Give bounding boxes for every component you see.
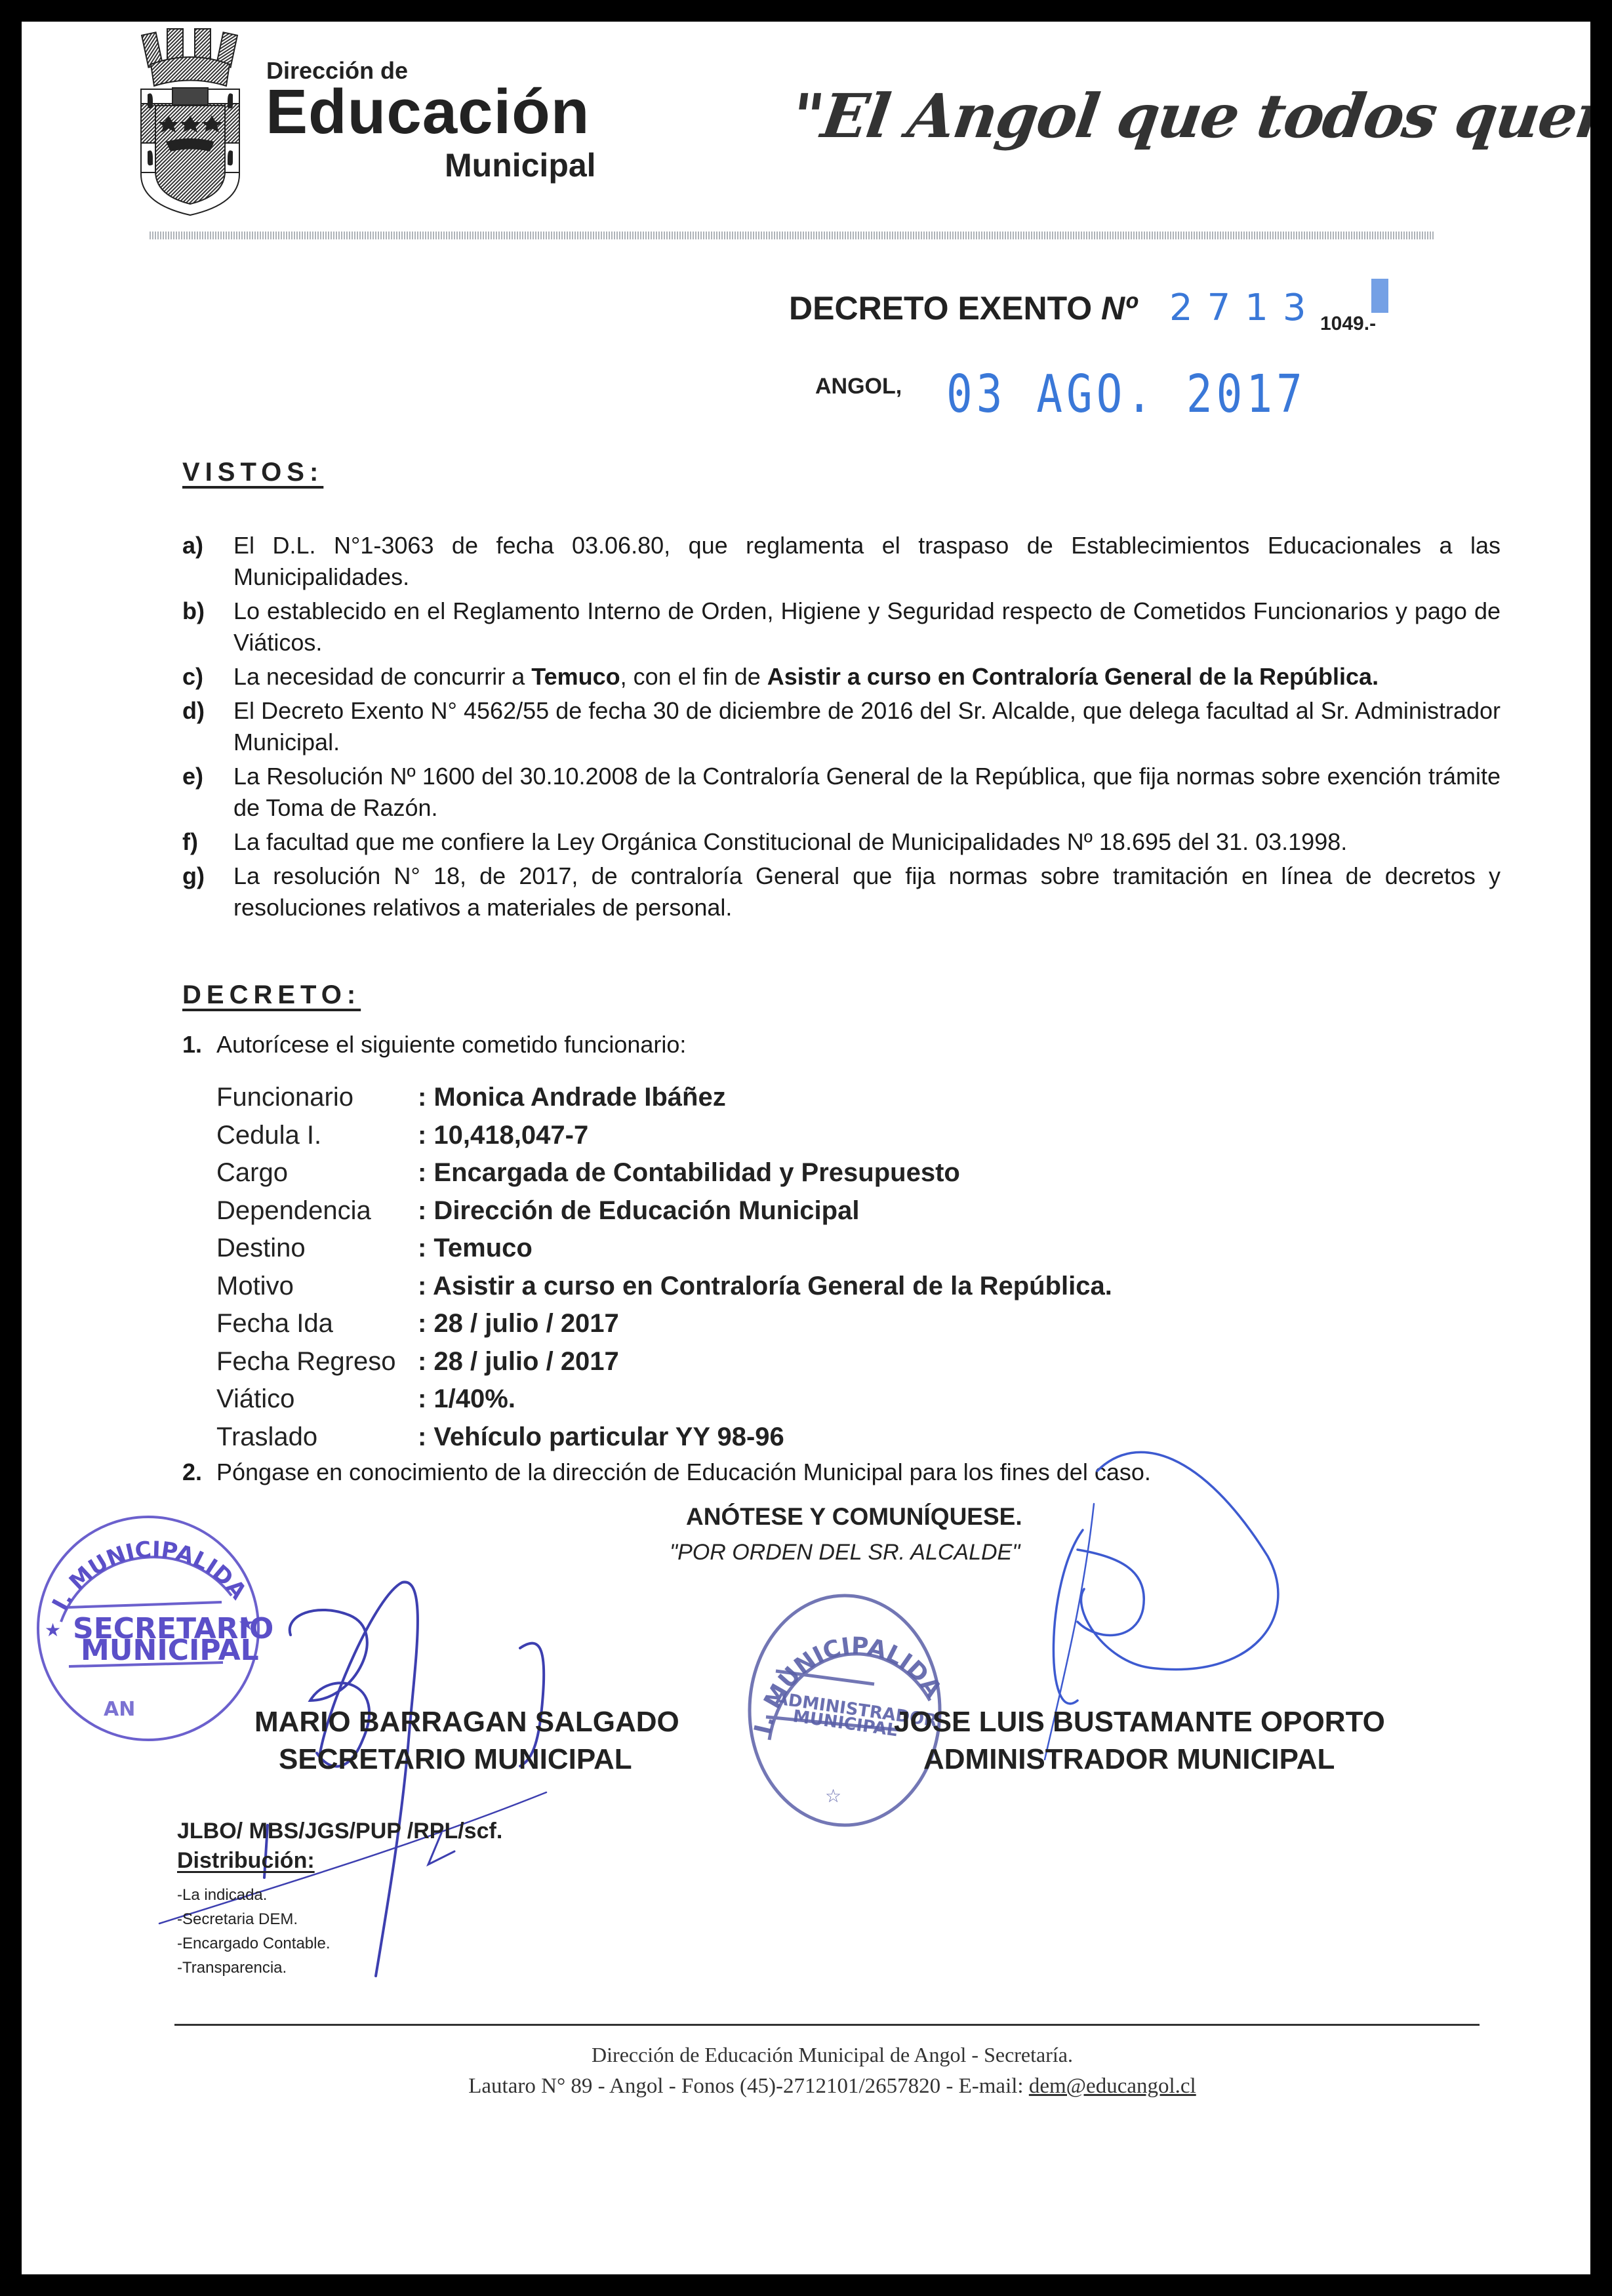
item-text: Autorícese el siguiente cometido funcion… — [216, 1029, 686, 1060]
field-label: Cargo — [216, 1154, 418, 1192]
svg-text:★: ★ — [238, 1613, 254, 1634]
field-value: : 10,418,047-7 — [418, 1117, 588, 1155]
decree-number-stamp: 2713 — [1169, 287, 1321, 329]
item-text: La Resolución Nº 1600 del 30.10.2008 de … — [233, 761, 1501, 824]
field-label: Funcionario — [216, 1079, 418, 1117]
field-value: : Asistir a curso en Contraloría General… — [418, 1268, 1112, 1306]
distribution-item: -Transparencia. — [177, 1956, 330, 1980]
field-value: : 1/40%. — [418, 1380, 515, 1419]
field-row-traslado: Traslado: Vehículo particular YY 98-96 — [216, 1419, 1112, 1457]
distribution-item: -La indicada. — [177, 1883, 330, 1907]
field-row-cedula: Cedula I.: 10,418,047-7 — [216, 1117, 1112, 1155]
item-text: La necesidad de concurrir a Temuco, con … — [233, 661, 1501, 693]
purpose-bold: Asistir a curso en Contraloría General d… — [767, 663, 1379, 690]
signatory-1-name: MARIO BARRAGAN SALGADO — [254, 1706, 679, 1739]
field-row-cargo: Cargo: Encargada de Contabilidad y Presu… — [216, 1154, 1112, 1192]
field-label: Fecha Regreso — [216, 1343, 418, 1381]
item-letter: g) — [182, 860, 233, 923]
field-row-dependencia: Dependencia: Dirección de Educación Muni… — [216, 1192, 1112, 1230]
distribution-list: -La indicada. -Secretaria DEM. -Encargad… — [177, 1883, 330, 1980]
field-row-destino: Destino: Temuco — [216, 1230, 1112, 1268]
item-letter: c) — [182, 661, 233, 693]
commission-fields: Funcionario: Monica Andrade Ibáñez Cedul… — [216, 1079, 1112, 1456]
seal-text: MUNICIPAL — [792, 1706, 898, 1741]
field-value: : Monica Andrade Ibáñez — [418, 1079, 726, 1117]
item-text-part: , con el fin de — [620, 663, 767, 690]
stamp-mark-icon — [1371, 279, 1388, 313]
decreto-item-2: 2. Póngase en conocimiento de la direcci… — [182, 1457, 1151, 1488]
footer-divider — [174, 2024, 1480, 2026]
item-number: 1. — [182, 1029, 216, 1060]
item-text: La facultad que me confiere la Ley Orgán… — [233, 826, 1501, 858]
field-value: : Vehículo particular YY 98-96 — [418, 1419, 784, 1457]
field-label: Motivo — [216, 1268, 418, 1306]
item-text: Póngase en conocimiento de la dirección … — [216, 1457, 1151, 1488]
field-row-fecha-regreso: Fecha Regreso: 28 / julio / 2017 — [216, 1343, 1112, 1381]
field-value: : 28 / julio / 2017 — [418, 1305, 619, 1343]
decree-title-text: DECRETO EXENTO — [789, 290, 1092, 327]
city-motto: "El Angol que todos queremos..." — [787, 81, 1590, 151]
responsibility-initials: JLBO/ MBS/JGS/PUP /RPL/scf. — [177, 1819, 502, 1844]
svg-text:AN: AN — [104, 1698, 135, 1721]
item-text-part: La necesidad de concurrir a — [233, 663, 531, 690]
decreto-item-1: 1. Autorícese el siguiente cometido func… — [182, 1029, 686, 1060]
field-label: Dependencia — [216, 1192, 418, 1230]
brand-line-educacion: Educación — [266, 81, 590, 144]
vistos-item: d) El Decreto Exento N° 4562/55 de fecha… — [182, 695, 1501, 758]
svg-text:☆: ☆ — [825, 1785, 841, 1807]
field-label: Traslado — [216, 1419, 418, 1457]
field-row-fecha-ida: Fecha Ida: 28 / julio / 2017 — [216, 1305, 1112, 1343]
distribution-item: -Secretaria DEM. — [177, 1907, 330, 1931]
item-number: 2. — [182, 1457, 216, 1488]
vistos-item: f) La facultad que me confiere la Ley Or… — [182, 826, 1501, 858]
city-label: ANGOL, — [815, 374, 902, 399]
footer-contact: Lautaro N° 89 - Angol - Fonos (45)-27121… — [22, 2074, 1590, 2099]
date-stamp: 03 AGO. 2017 — [946, 364, 1306, 424]
footer-address: Lautaro N° 89 - Angol - Fonos (45)-27121… — [468, 2074, 1029, 2098]
field-label: Viático — [216, 1380, 418, 1419]
field-value: : Encargada de Contabilidad y Presupuest… — [418, 1154, 960, 1192]
distribution-heading: Distribución: — [177, 1848, 315, 1874]
field-label: Fecha Ida — [216, 1305, 418, 1343]
vistos-heading: VISTOS: — [182, 458, 323, 487]
field-row-funcionario: Funcionario: Monica Andrade Ibáñez — [216, 1079, 1112, 1117]
closing-por-orden: "POR ORDEN DEL SR. ALCALDE" — [670, 1540, 1020, 1565]
decree-suffix: 1049.- — [1320, 313, 1376, 335]
field-value: : 28 / julio / 2017 — [418, 1343, 619, 1381]
item-text: Lo establecido en el Reglamento Interno … — [233, 595, 1501, 658]
field-value: : Dirección de Educación Municipal — [418, 1192, 859, 1230]
header-divider — [150, 232, 1435, 239]
seal-text: MUNICIPAL — [81, 1634, 259, 1667]
signatory-1-role: SECRETARIO MUNICIPAL — [279, 1743, 632, 1776]
footer-office: Dirección de Educación Municipal de Ango… — [22, 2043, 1590, 2067]
destination-bold: Temuco — [531, 663, 620, 690]
field-row-viatico: Viático: 1/40%. — [216, 1380, 1112, 1419]
vistos-item: e) La Resolución Nº 1600 del 30.10.2008 … — [182, 761, 1501, 824]
field-row-motivo: Motivo: Asistir a curso en Contraloría G… — [216, 1268, 1112, 1306]
distribution-item: -Encargado Contable. — [177, 1931, 330, 1956]
vistos-item: g) La resolución N° 18, de 2017, de cont… — [182, 860, 1501, 923]
item-letter: f) — [182, 826, 233, 858]
field-label: Destino — [216, 1230, 418, 1268]
item-letter: a) — [182, 530, 233, 593]
item-letter: d) — [182, 695, 233, 758]
number-sign: Nº — [1101, 290, 1137, 327]
seal-text: SECRETARIO — [73, 1612, 273, 1645]
secretario-seal-icon — [38, 1517, 258, 1740]
footer-email-link[interactable]: dem@educangol.cl — [1029, 2074, 1196, 2098]
decree-title: DECRETO EXENTO Nº — [789, 289, 1137, 327]
vistos-list: a) El D.L. N°1-3063 de fecha 03.06.80, q… — [182, 530, 1501, 926]
signatory-2-role: ADMINISTRADOR MUNICIPAL — [923, 1743, 1335, 1776]
vistos-item: a) El D.L. N°1-3063 de fecha 03.06.80, q… — [182, 530, 1501, 593]
field-label: Cedula I. — [216, 1117, 418, 1155]
municipal-crest-icon — [134, 24, 246, 217]
item-text: La resolución N° 18, de 2017, de contral… — [233, 860, 1501, 923]
document-page: Dirección de Educación Municipal "El Ang… — [22, 22, 1590, 2274]
item-letter: b) — [182, 595, 233, 658]
decreto-heading: DECRETO: — [182, 980, 361, 1010]
field-value: : Temuco — [418, 1230, 533, 1268]
item-text: El D.L. N°1-3063 de fecha 03.06.80, que … — [233, 530, 1501, 593]
signatory-2-name: JOSE LUIS BUSTAMANTE OPORTO — [894, 1706, 1385, 1739]
brand-line-municipal: Municipal — [445, 146, 596, 184]
item-text: El Decreto Exento N° 4562/55 de fecha 30… — [233, 695, 1501, 758]
closing-anotese: ANÓTESE Y COMUNÍQUESE. — [686, 1503, 1022, 1531]
vistos-item: b) Lo establecido en el Reglamento Inter… — [182, 595, 1501, 658]
item-letter: e) — [182, 761, 233, 824]
svg-text:★: ★ — [45, 1619, 61, 1641]
vistos-item: c) La necesidad de concurrir a Temuco, c… — [182, 661, 1501, 693]
